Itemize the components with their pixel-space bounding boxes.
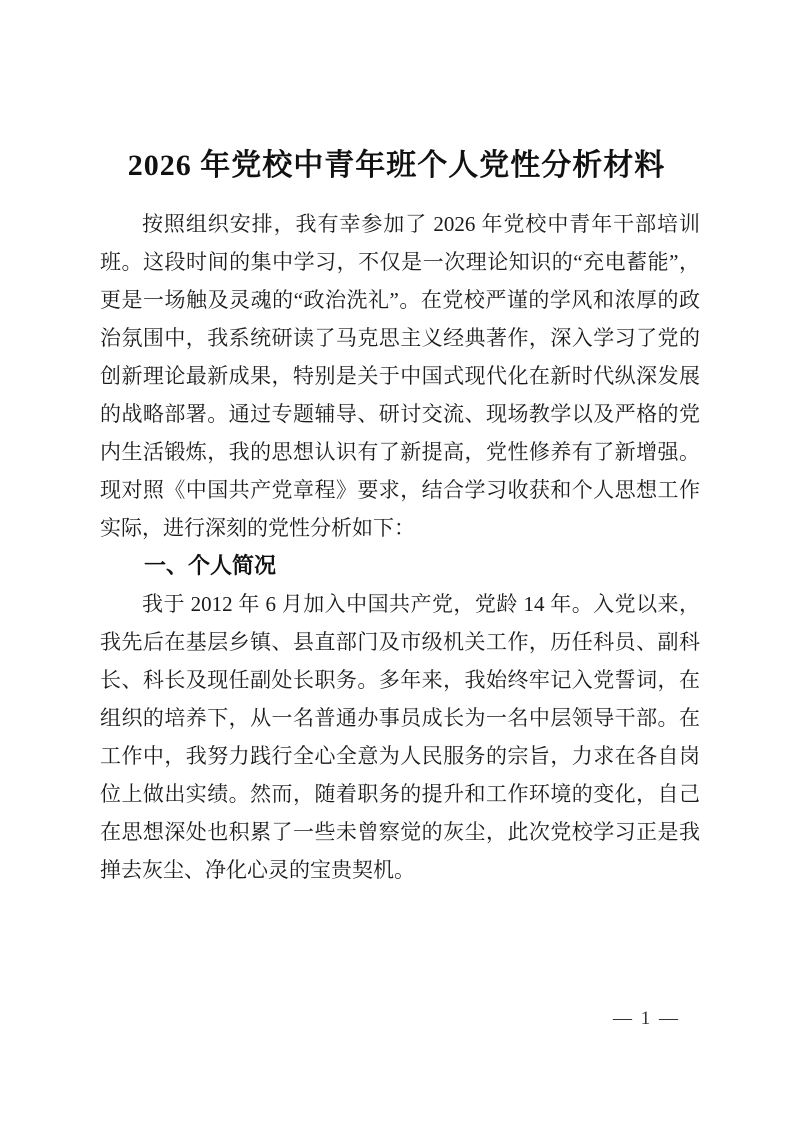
paragraph-introduction: 按照组织安排，我有幸参加了 2026 年党校中青年干部培训班。这段时间的集中学习… [100, 205, 700, 547]
document-body: 按照组织安排，我有幸参加了 2026 年党校中青年干部培训班。这段时间的集中学习… [100, 205, 700, 889]
paragraph-personal-profile: 我于 2012 年 6 月加入中国共产党，党龄 14 年。入党以来，我先后在基层… [100, 585, 700, 889]
document-title: 2026 年党校中青年班个人党性分析材料 [0, 140, 793, 184]
section-heading-personal-profile: 一、个人简况 [100, 547, 700, 585]
page-number: — 1 — [100, 1008, 700, 1030]
document-page: 2026 年党校中青年班个人党性分析材料 按照组织安排，我有幸参加了 2026 … [0, 0, 793, 1122]
